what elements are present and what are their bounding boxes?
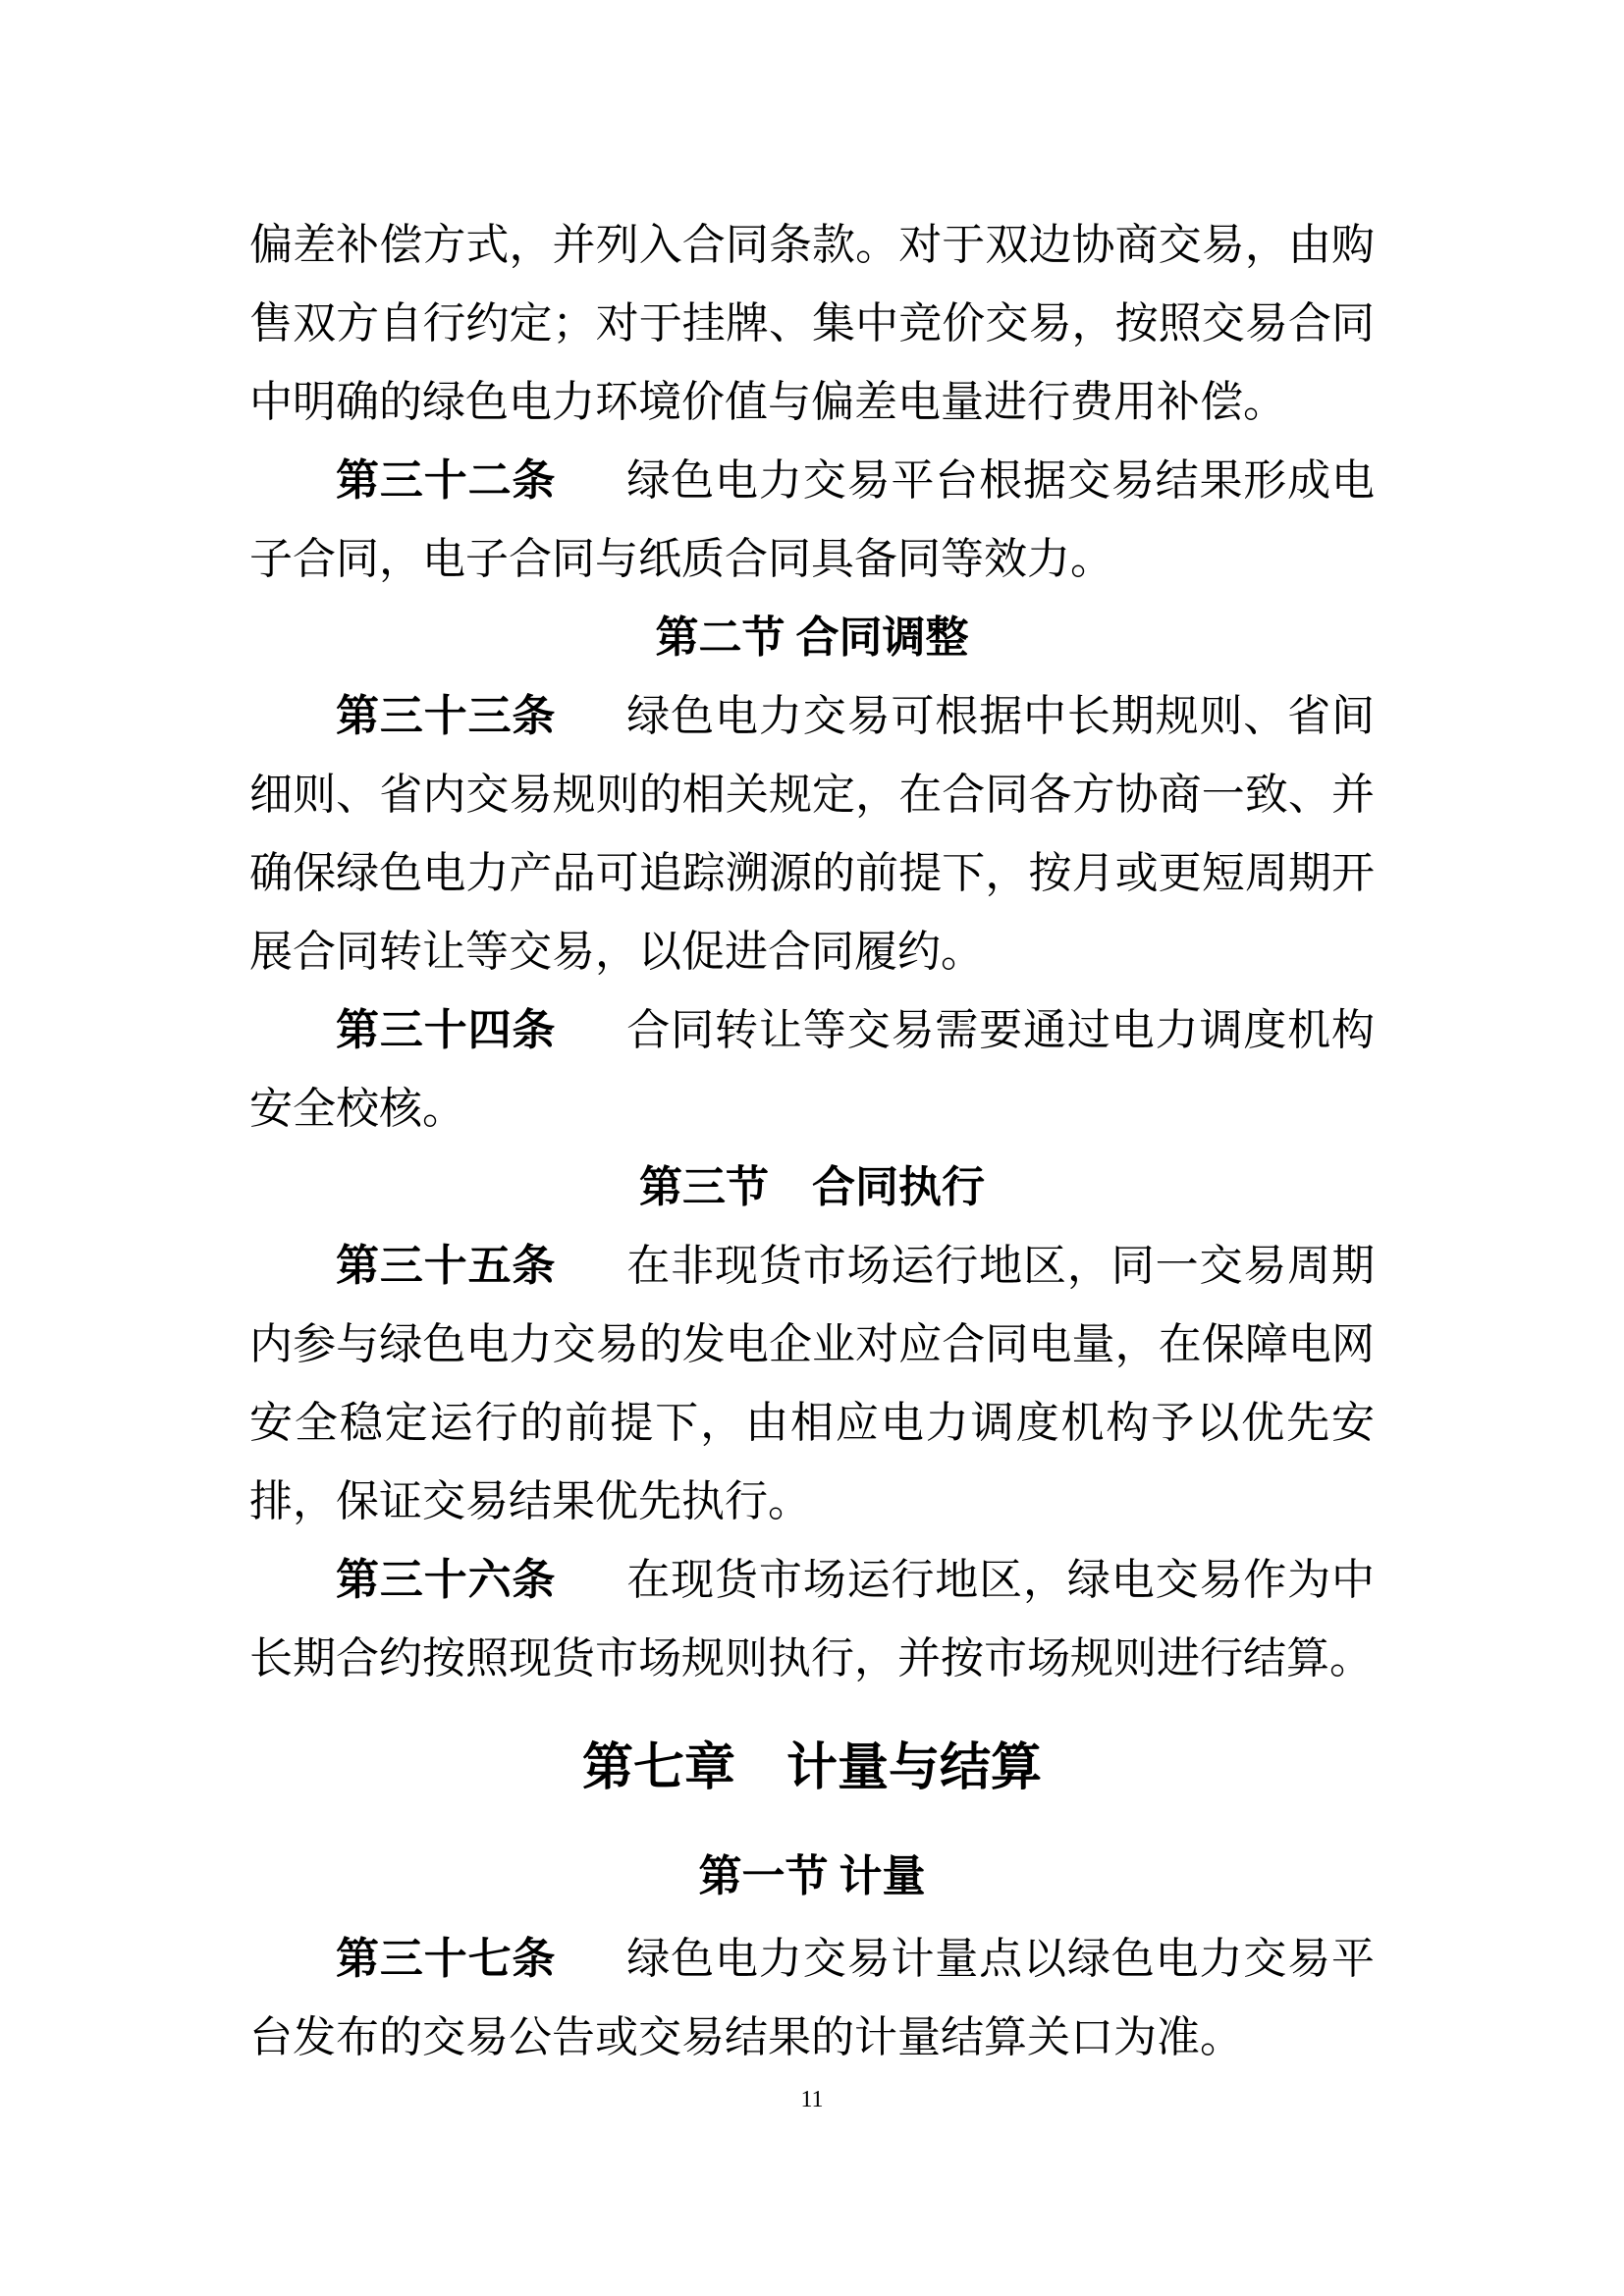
- article-paragraph: 第三十六条在现货市场运行地区，绿电交易作为中长期合约按照现货市场规则执行，并按市…: [249, 1541, 1375, 1698]
- document-body: 偏差补偿方式，并列入合同条款。对于双边协商交易，由购售双方自行约定；对于挂牌、集…: [249, 206, 1375, 2077]
- page-number: 11: [0, 2085, 1624, 2114]
- section-heading: 第三节 合同执行: [249, 1148, 1375, 1227]
- paragraph-text: 偏差补偿方式，并列入合同条款。对于双边协商交易，由购售双方自行约定；对于挂牌、集…: [249, 221, 1375, 426]
- article-paragraph: 第三十四条合同转让等交易需要通过电力调度机构安全校核。: [249, 991, 1375, 1148]
- section-heading: 第二节 合同调整: [249, 599, 1375, 677]
- chapter-heading: 第七章 计量与结算: [249, 1716, 1375, 1822]
- article-paragraph: 第三十五条在非现货市场运行地区，同一交易周期内参与绿色电力交易的发电企业对应合同…: [249, 1227, 1375, 1541]
- article-number: 第三十五条: [336, 1242, 556, 1290]
- article-paragraph: 第三十三条绿色电力交易可根据中长期规则、省间细则、省内交易规则的相关规定，在合同…: [249, 677, 1375, 991]
- article-number: 第三十六条: [336, 1556, 556, 1604]
- section-heading: 第一节 计量: [249, 1834, 1375, 1920]
- article-paragraph: 第三十二条绿色电力交易平台根据交易结果形成电子合同，电子合同与纸质合同具备同等效…: [249, 442, 1375, 599]
- article-paragraph: 第三十七条绿色电力交易计量点以绿色电力交易平台发布的交易公告或交易结果的计量结算…: [249, 1920, 1375, 2077]
- article-number: 第三十二条: [336, 456, 556, 505]
- article-number: 第三十四条: [336, 1006, 556, 1054]
- document-page: 偏差补偿方式，并列入合同条款。对于双边协商交易，由购售双方自行约定；对于挂牌、集…: [0, 0, 1624, 2296]
- article-paragraph: 偏差补偿方式，并列入合同条款。对于双边协商交易，由购售双方自行约定；对于挂牌、集…: [249, 206, 1375, 442]
- article-number: 第三十三条: [336, 692, 556, 740]
- article-number: 第三十七条: [336, 1935, 556, 1983]
